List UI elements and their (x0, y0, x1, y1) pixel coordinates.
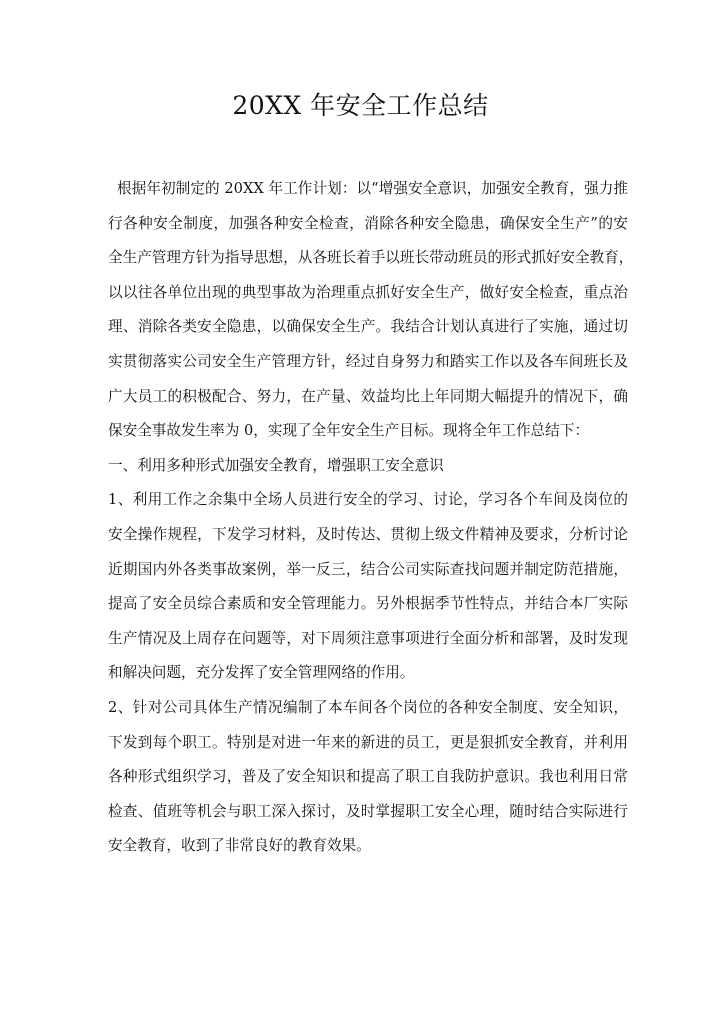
body-line: 保安全事故发生率为 0，实现了全年安全生产目标。现将全年工作总结下： (108, 418, 628, 453)
section-heading: 一、利用多种形式加强安全教育，增强职工安全意识 (108, 453, 628, 488)
body-line: 行各种安全制度，加强各种安全检查，消除各种安全隐患，确保安全生产”的安 (108, 211, 628, 246)
body-line: 检查、值班等机会与职工深入探讨，及时掌握职工安全心理，随时结合实际进行 (108, 799, 628, 834)
body-line: 下发到每个职工。特别是对进一年来的新进的员工，更是狠抓安全教育，并利用 (108, 730, 628, 765)
body-line: 各种形式组织学习，普及了安全知识和提高了职工自我防护意识。我也利用日常 (108, 764, 628, 799)
body-line: 全生产管理方针为指导思想，从各班长着手以班长带动班员的形式抓好安全教育， (108, 245, 628, 280)
document-page: 20XX 年安全工作总结 根据年初制定的 20XX 年工作计划：以“增强安全意识… (0, 0, 721, 1020)
body-line: 和解决问题，充分发挥了安全管理网络的作用。 (108, 660, 628, 695)
body-line: 广大员工的积极配合、努力，在产量、效益均比上年同期大幅提升的情况下，确 (108, 384, 628, 419)
body-line: 近期国内外各类事故案例，举一反三，结合公司实际查找问题并制定防范措施， (108, 557, 628, 592)
document-title: 20XX 年安全工作总结 (0, 88, 721, 124)
body-line: 生产情况及上周存在问题等，对下周须注意事项进行全面分析和部署，及时发现 (108, 626, 628, 661)
body-line: 实贯彻落实公司安全生产管理方针，经过自身努力和踏实工作以及各车间班长及 (108, 349, 628, 384)
body-line: 1、利用工作之余集中全场人员进行安全的学习、讨论，学习各个车间及岗位的 (108, 487, 628, 522)
body-line: 理、消除各类安全隐患，以确保安全生产。我结合计划认真进行了实施，通过切 (108, 314, 628, 349)
body-line: 根据年初制定的 20XX 年工作计划：以“增强安全意识，加强安全教育，强力推 (108, 176, 628, 211)
body-line: 安全操作规程，下发学习材料，及时传达、贯彻上级文件精神及要求，分析讨论 (108, 522, 628, 557)
document-body: 根据年初制定的 20XX 年工作计划：以“增强安全意识，加强安全教育，强力推 行… (108, 176, 628, 868)
body-line: 安全教育，收到了非常良好的教育效果。 (108, 833, 628, 868)
body-line: 提高了安全员综合素质和安全管理能力。另外根据季节性特点，并结合本厂实际 (108, 591, 628, 626)
body-line: 2、针对公司具体生产情况编制了本车间各个岗位的各种安全制度、安全知识， (108, 695, 628, 730)
body-line: 以以往各单位出现的典型事故为治理重点抓好安全生产，做好安全检查，重点治 (108, 280, 628, 315)
